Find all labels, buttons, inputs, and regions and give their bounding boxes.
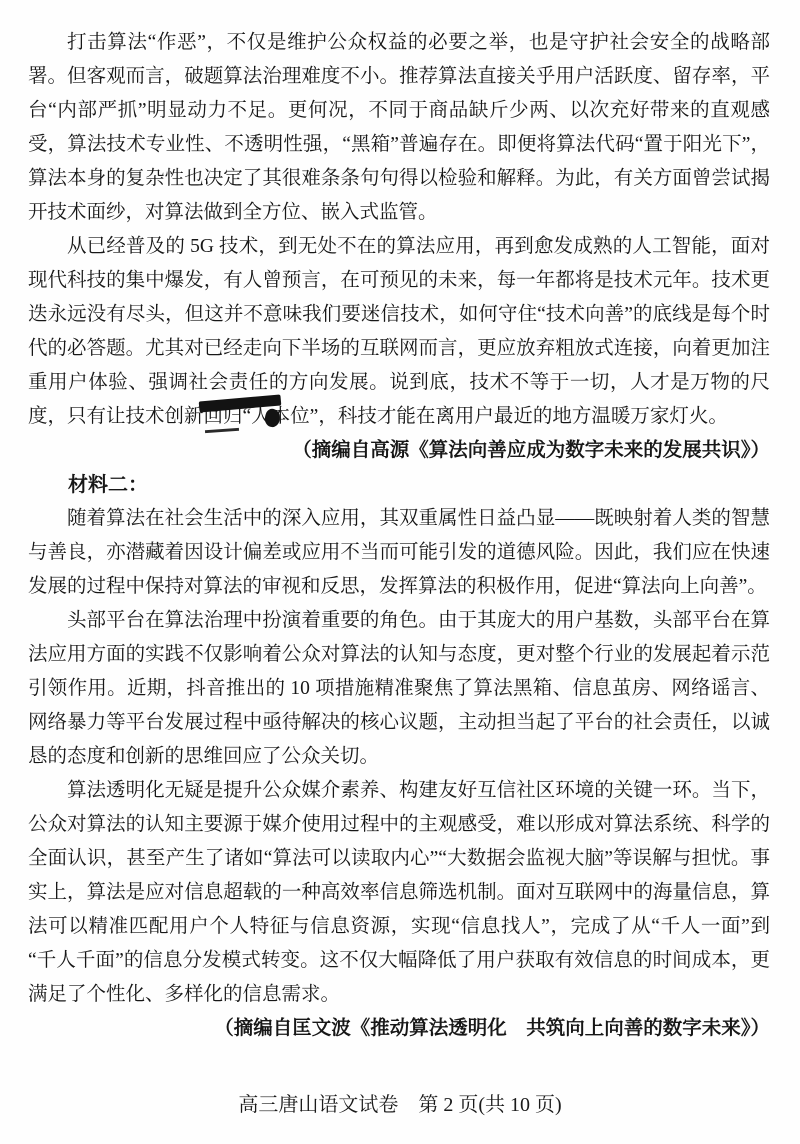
ink-smudged-text: 归“人 bbox=[223, 406, 271, 427]
material-two-paragraph-1: 随着算法在社会生活中的深入应用，其双重属性日益凸显——既映射着人类的智慧与善良，… bbox=[28, 502, 770, 604]
material-one-section: 打击算法“作恶”，不仅是维护公众权益的必要之举，也是守护社会安全的战略部署。但客… bbox=[28, 26, 770, 468]
page-footer-text: 高三唐山语文试卷 第 2 页(共 10 页) bbox=[238, 1094, 561, 1116]
paragraph-text: 从已经普及的 5G 技术，到无处不在的算法应用，再到愈发成熟的人工智能，面对现代… bbox=[28, 236, 770, 427]
exam-paper-page: 打击算法“作恶”，不仅是维护公众权益的必要之举，也是守护社会安全的战略部署。但客… bbox=[0, 0, 800, 1144]
material-two-attribution: （摘编自匡文波《推动算法透明化 共筑向上向善的数字未来》） bbox=[28, 1012, 770, 1046]
ink-underline-mark bbox=[205, 428, 239, 433]
paragraph-text: 本位”，科技才能在离用户最近的地方温暖万家灯火。 bbox=[271, 406, 728, 427]
paragraph-text: 归“人 bbox=[223, 406, 271, 427]
reading-passage: 打击算法“作恶”，不仅是维护公众权益的必要之举，也是守护社会安全的战略部署。但客… bbox=[28, 26, 770, 1046]
material-one-attribution: （摘编自高源《算法向善应成为数字未来的发展共识》） bbox=[28, 434, 770, 468]
page-footer: 高三唐山语文试卷 第 2 页(共 10 页) bbox=[0, 1092, 800, 1118]
material-two-heading: 材料二： bbox=[28, 468, 770, 502]
material-two-paragraph-2: 头部平台在算法治理中扮演着重要的角色。由于其庞大的用户基数，头部平台在算法应用方… bbox=[28, 604, 770, 774]
material-two-paragraph-3: 算法透明化无疑是提升公众媒介素养、构建友好互信社区环境的关键一环。当下，公众对算… bbox=[28, 774, 770, 1012]
material-one-paragraph-1: 打击算法“作恶”，不仅是维护公众权益的必要之举，也是守护社会安全的战略部署。但客… bbox=[28, 26, 770, 230]
material-one-paragraph-2: 从已经普及的 5G 技术，到无处不在的算法应用，再到愈发成熟的人工智能，面对现代… bbox=[28, 230, 770, 434]
material-two-section: 材料二： 随着算法在社会生活中的深入应用，其双重属性日益凸显——既映射着人类的智… bbox=[28, 468, 770, 1046]
